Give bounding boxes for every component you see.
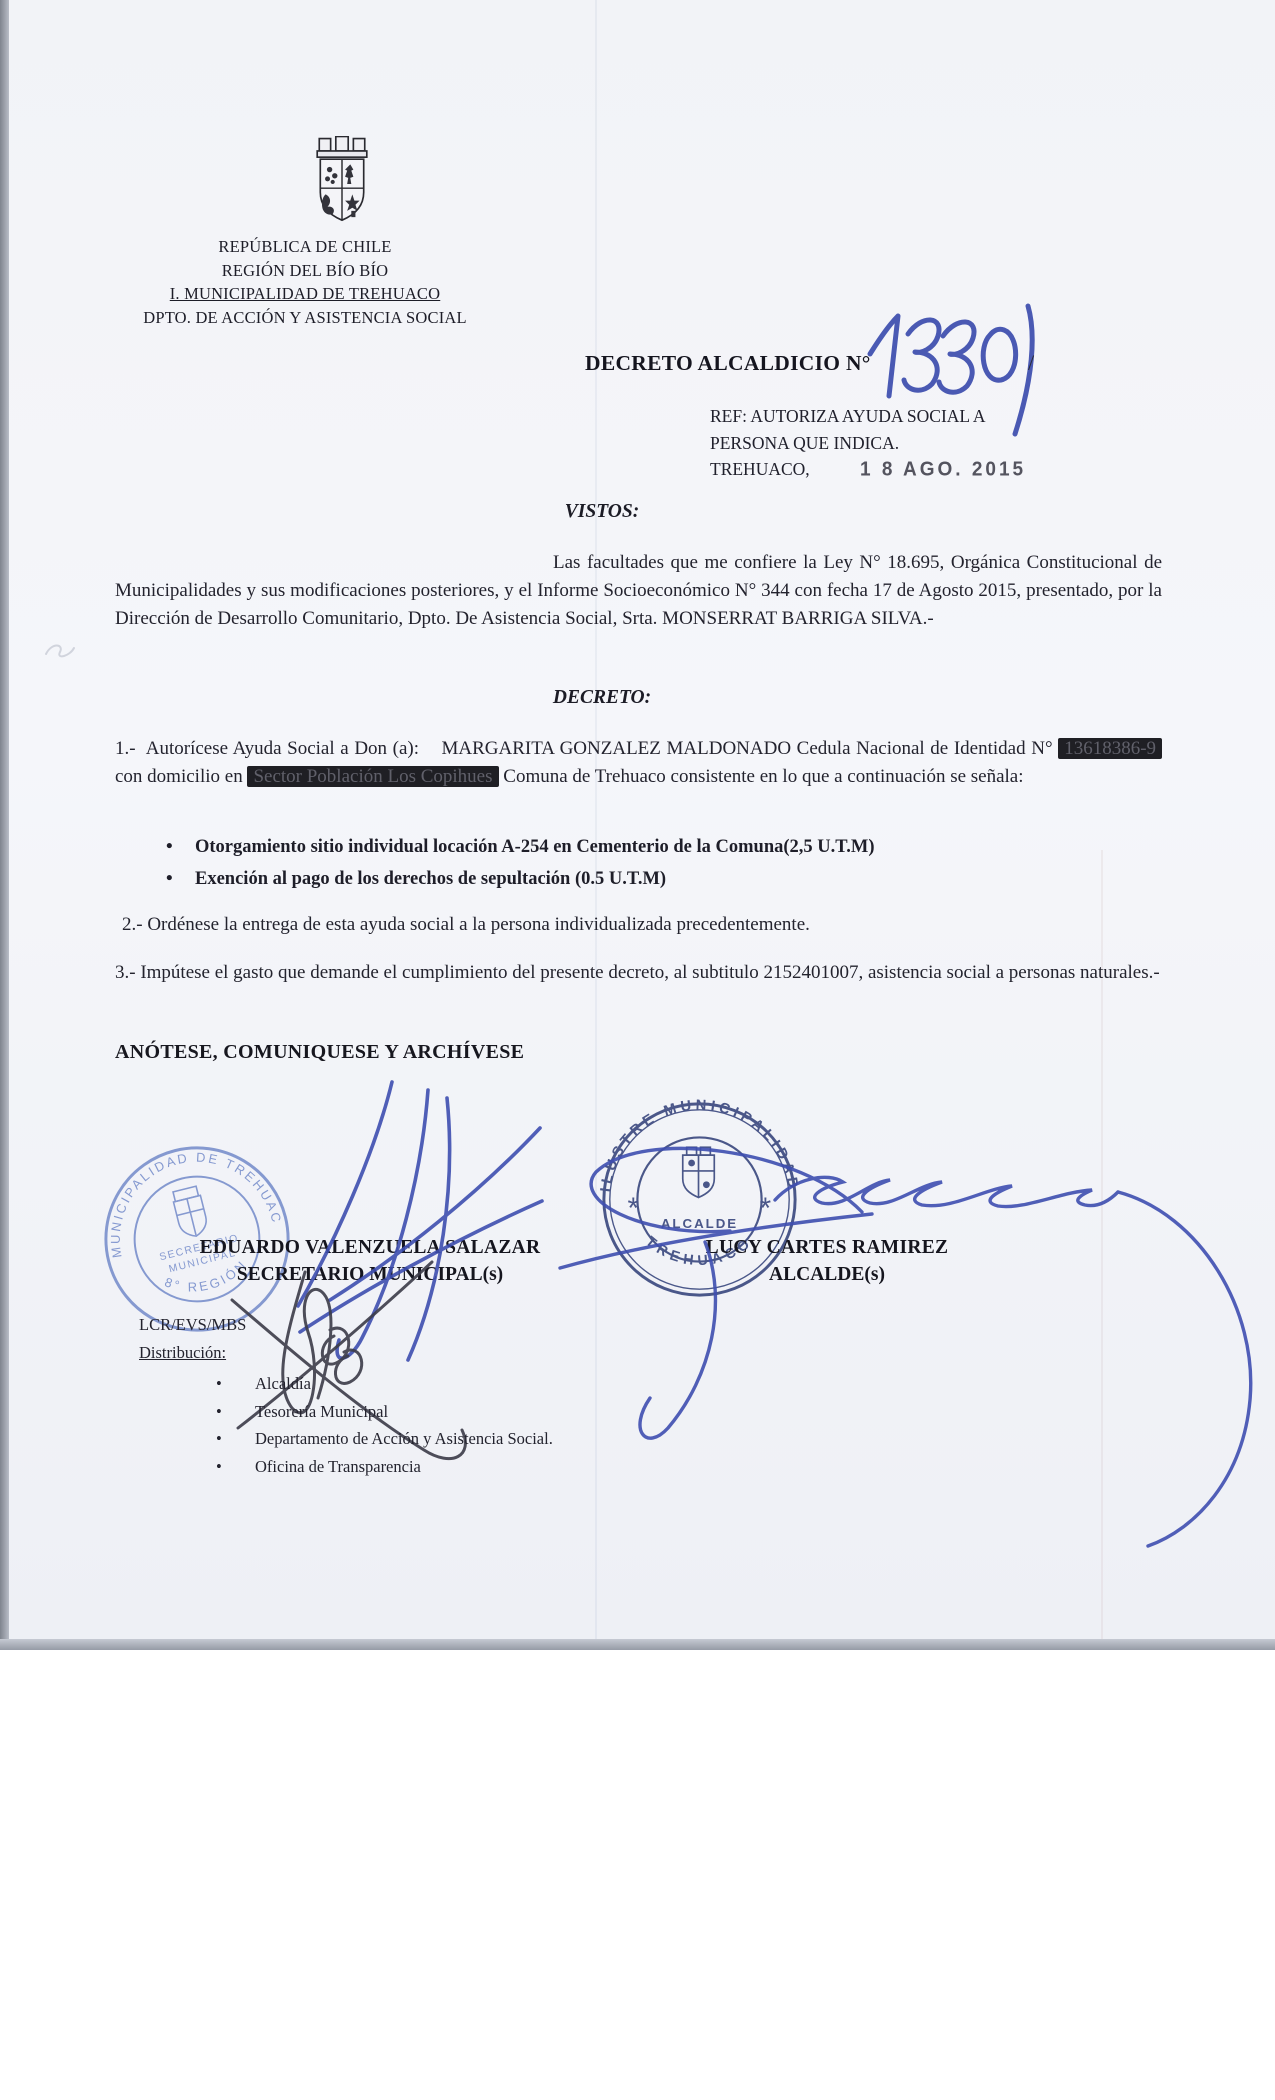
distribution-item: Alcaldía (160, 1370, 760, 1398)
letterhead: REPÚBLICA DE CHILE REGIÓN DEL BÍO BÍO I.… (85, 235, 525, 329)
stamp-star-right: * (760, 1192, 772, 1225)
distribution-label: Distribución: (139, 1343, 226, 1363)
distribution-item: Tesorería Municipal (160, 1398, 760, 1426)
secretary-name: EDUARDO VALENZUELA SALAZAR (138, 1235, 602, 1261)
secretary-signature-block: EDUARDO VALENZUELA SALAZAR SECRETARIO MU… (138, 1235, 602, 1288)
date-stamp: 1 8 AGO. 2015 (860, 458, 1026, 481)
decree-item-1-text: con domicilio en (115, 766, 243, 787)
benefit-item: Otorgamiento sitio individual locación A… (150, 831, 1130, 863)
scan-paper: REPÚBLICA DE CHILE REGIÓN DEL BÍO BÍO I.… (0, 0, 1275, 1650)
letterhead-line-department: DPTO. DE ACCIÓN Y ASISTENCIA SOCIAL (85, 306, 525, 330)
scan-edge-left (0, 0, 9, 1650)
stamp-center-text: ALCALDE (661, 1216, 738, 1231)
distribution-item: Departamento de Acción y Asistencia Soci… (160, 1425, 760, 1453)
decreto-heading: DECRETO: (492, 687, 712, 709)
decree-item-2: 2.- Ordénese la entrega de esta ayuda so… (122, 911, 1162, 939)
redacted-national-id: 13618386-9 (1058, 738, 1162, 759)
stamp-arc-top-text: ILUSTRE MUNICIPALIDAD (598, 1098, 801, 1193)
svg-text:ILUSTRE MUNICIPALIDAD: ILUSTRE MUNICIPALIDAD (598, 1098, 801, 1193)
coat-of-arms-icon (311, 136, 373, 230)
secretary-role: SECRETARIO MUNICIPAL(s) (138, 1261, 602, 1288)
mayor-role: ALCALDE(s) (662, 1261, 992, 1288)
ref-line-1: REF: AUTORIZA AYUDA SOCIAL A (710, 403, 1090, 430)
decree-number-slash: / (1028, 350, 1034, 376)
mayor-signature-block: LUCY CARTES RAMIREZ ALCALDE(s) (662, 1235, 992, 1288)
scanned-decree-page: { "colors": { "paper": "#f3f4f8", "ink":… (0, 0, 1275, 2100)
pencil-smudge (42, 638, 78, 664)
drafting-initials: LCR/EVS/MBS (139, 1315, 246, 1335)
vistos-heading: VISTOS: (492, 501, 712, 523)
ref-line-2: PERSONA QUE INDICA. (710, 430, 1090, 457)
decree-item-3: 3.- Impútese el gasto que demande el cum… (115, 959, 1162, 987)
letterhead-line: REGIÓN DEL BÍO BÍO (85, 259, 525, 283)
decree-item-1-text: Comuna de Trehuaco consistente en lo que… (503, 766, 1023, 787)
mayor-name: LUCY CARTES RAMIREZ (662, 1235, 992, 1261)
closing-formula: ANÓTESE, COMUNIQUESE Y ARCHÍVESE (115, 1041, 524, 1064)
decree-item-1-text: 1.- Autorícese Ayuda Social a Don (a): M… (115, 738, 1053, 759)
benefit-item: Exención al pago de los derechos de sepu… (150, 863, 1130, 895)
scan-edge-bottom (0, 1639, 1275, 1650)
letterhead-line-municipality: I. MUNICIPALIDAD DE TREHUACO (85, 282, 525, 306)
decree-item-1: 1.- Autorícese Ayuda Social a Don (a): M… (115, 735, 1162, 791)
secretary-signature-strokes (298, 1082, 542, 1360)
letterhead-line: REPÚBLICA DE CHILE (85, 235, 525, 259)
redacted-address: Sector Población Los Copihues (247, 766, 498, 787)
vistos-paragraph: Las facultades que me confiere la Ley N°… (115, 549, 1162, 633)
distribution-list: Alcaldía Tesorería Municipal Departament… (160, 1370, 760, 1480)
decree-title: DECRETO ALCALDICIO N° (585, 351, 871, 376)
benefits-list: Otorgamiento sitio individual locación A… (150, 831, 1130, 895)
distribution-item: Oficina de Transparencia (160, 1453, 760, 1481)
stamp-star-left: * (628, 1192, 640, 1225)
